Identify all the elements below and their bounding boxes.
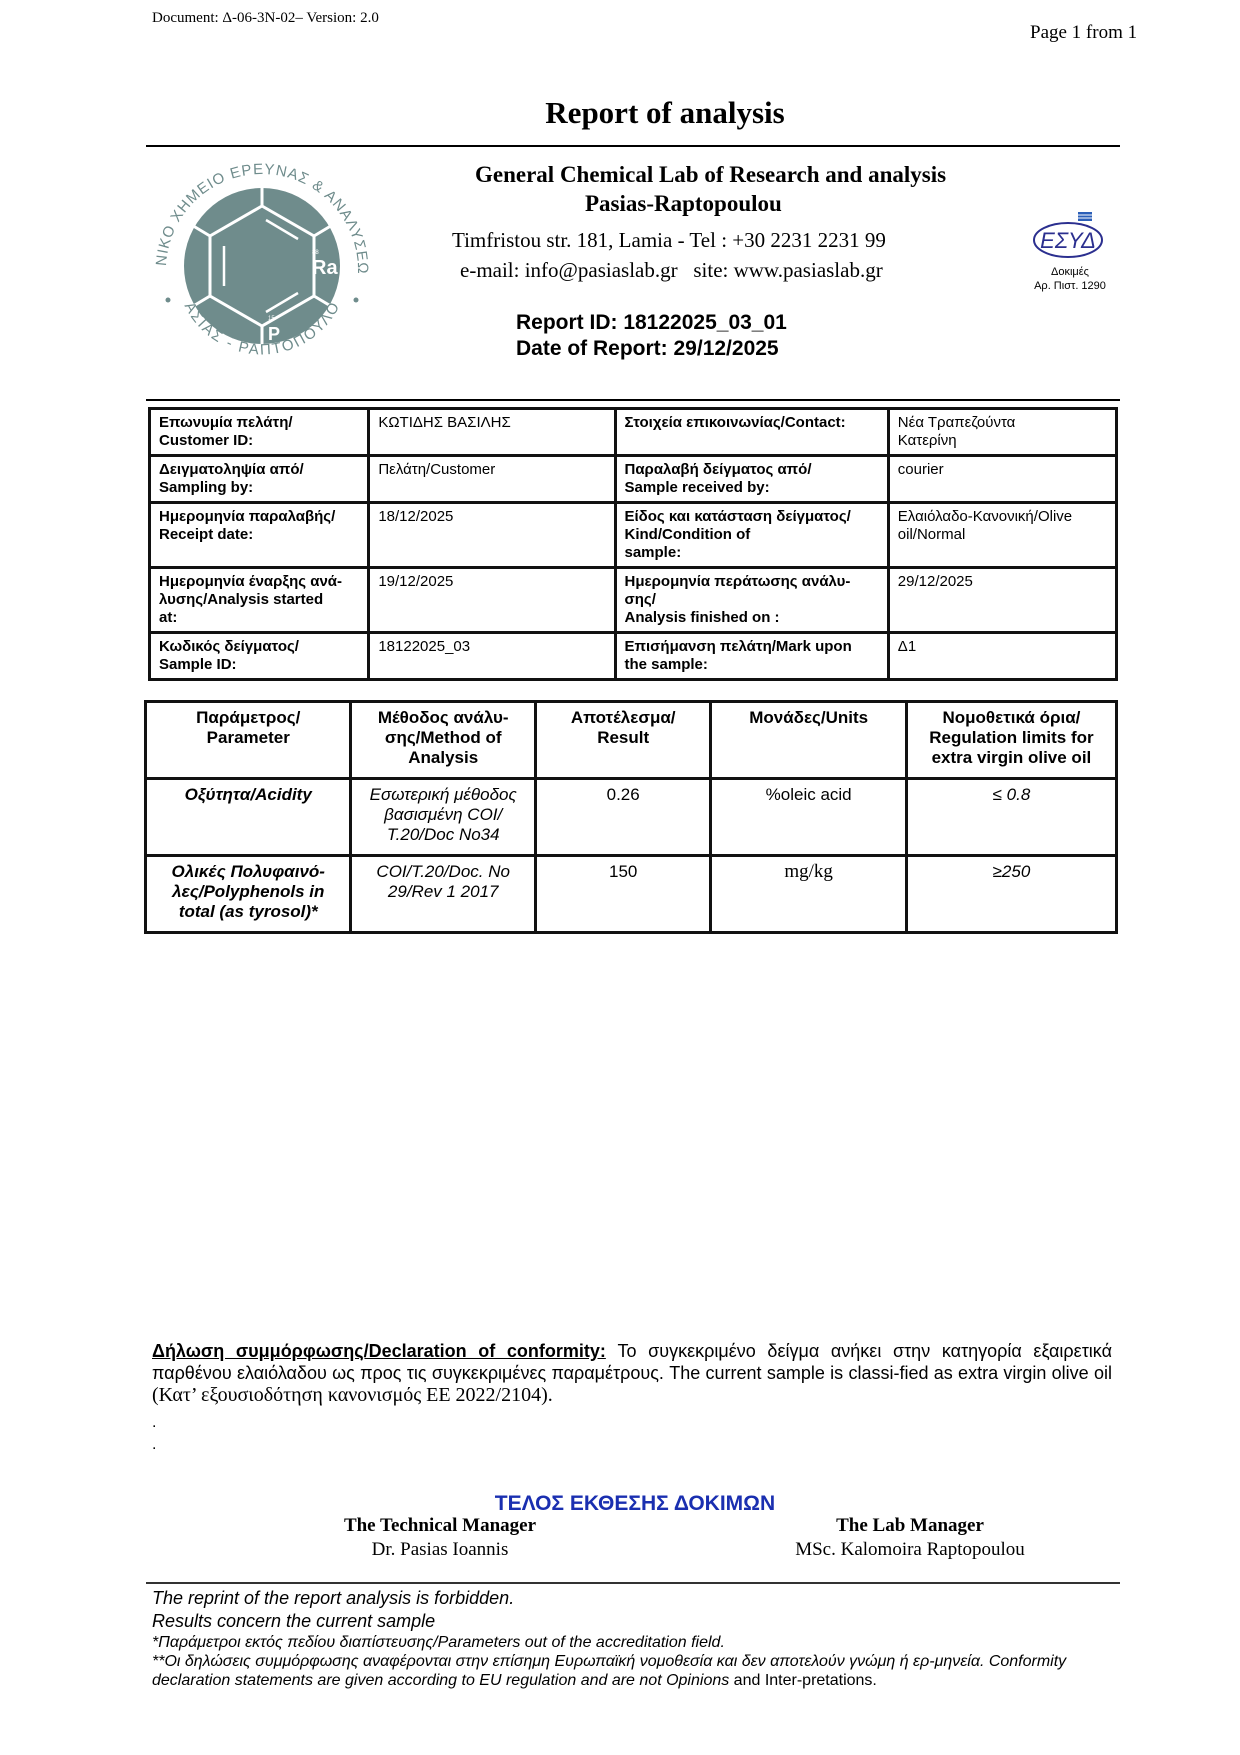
result-units: %oleic acid bbox=[711, 779, 906, 856]
info-row: Ημερομηνία παραλαβής/ Receipt date:18/12… bbox=[150, 503, 1117, 568]
results-column-header: Αποτέλεσμα/ Result bbox=[535, 702, 711, 779]
info-row: Επωνυμία πελάτη/ Customer ID:ΚΩΤΙΔΗΣ ΒΑΣ… bbox=[150, 409, 1117, 456]
document-reference: Document: Δ-06-3N-02– Version: 2.0 bbox=[152, 10, 379, 27]
lab-manager-role: The Lab Manager bbox=[740, 1514, 1080, 1538]
report-title: Report of analysis bbox=[0, 95, 1240, 131]
footer-accreditation-note: *Παράμετροι εκτός πεδίου διαπίστευσης/Pa… bbox=[152, 1633, 1112, 1652]
info-label: Στοιχεία επικοινωνίας/Contact: bbox=[615, 409, 888, 456]
info-label: Ημερομηνία έναρξης ανά- λυσης/Analysis s… bbox=[150, 568, 369, 633]
results-table: Παράμετρος/ ParameterΜέθοδος ανάλυ- σης/… bbox=[144, 700, 1118, 934]
benzene-logo-icon: Ra 88 P 15 ΓΕΝΙΚΟ ΧΗΜΕΙΟ ΕΡΕΥΝΑΣ & ΑΝΑΛΥ… bbox=[146, 150, 378, 382]
info-divider bbox=[146, 399, 1120, 401]
sample-info-table: Επωνυμία πελάτη/ Customer ID:ΚΩΤΙΔΗΣ ΒΑΣ… bbox=[148, 407, 1118, 681]
lab-manager-name: MSc. Kalomoira Raptopoulou bbox=[740, 1538, 1080, 1562]
page-number: Page 1 from 1 bbox=[1030, 22, 1137, 44]
technical-manager-role: The Technical Manager bbox=[280, 1514, 600, 1538]
result-parameter: Οξύτητα/Acidity bbox=[146, 779, 351, 856]
info-value: 18122025_03 bbox=[369, 633, 615, 680]
result-value: 0.26 bbox=[535, 779, 711, 856]
accreditation-badge: ΕΣΥΔ Δοκιμές Αρ. Πιστ. 1290 bbox=[1010, 210, 1130, 293]
svg-text:15: 15 bbox=[268, 316, 275, 322]
svg-text:Ra: Ra bbox=[312, 257, 338, 279]
results-column-header: Νομοθετικά όρια/ Regulation limits for e… bbox=[906, 702, 1116, 779]
header-divider bbox=[146, 145, 1120, 147]
info-value: courier bbox=[888, 456, 1116, 503]
info-value: 18/12/2025 bbox=[369, 503, 615, 568]
result-limit: ≤ 0.8 bbox=[906, 779, 1116, 856]
results-row: Οξύτητα/AcidityΕσωτερική μέθοδος βασισμέ… bbox=[146, 779, 1117, 856]
technical-manager-signature: The Technical Manager Dr. Pasias Ioannis bbox=[280, 1514, 600, 1562]
result-parameter: Ολικές Πολυφαινό- λες/Polyphenols in tot… bbox=[146, 856, 351, 933]
svg-text:88: 88 bbox=[312, 250, 319, 256]
result-value: 150 bbox=[535, 856, 711, 933]
info-label: Ημερομηνία παραλαβής/ Receipt date: bbox=[150, 503, 369, 568]
lab-manager-signature: The Lab Manager MSc. Kalomoira Raptopoul… bbox=[740, 1514, 1080, 1562]
info-value: Ελαιόλαδο-Κανονική/Olive oil/Normal bbox=[888, 503, 1116, 568]
results-column-header: Παράμετρος/ Parameter bbox=[146, 702, 351, 779]
info-label: Δειγματοληψία από/ Sampling by: bbox=[150, 456, 369, 503]
esyd-logo-icon: ΕΣΥΔ bbox=[1030, 210, 1110, 260]
footer-notes: The reprint of the report analysis is fo… bbox=[152, 1587, 1112, 1690]
results-row: Ολικές Πολυφαινό- λες/Polyphenols in tot… bbox=[146, 856, 1117, 933]
spacer-dot: . bbox=[152, 1436, 156, 1454]
result-method: COI/T.20/Doc. No 29/Rev 1 2017 bbox=[351, 856, 535, 933]
declaration-regulation: (Κατ’ εξουσιοδότηση κανονισμός ΕΕ 2022/2… bbox=[152, 1384, 553, 1406]
lab-logo: Ra 88 P 15 ΓΕΝΙΚΟ ΧΗΜΕΙΟ ΕΡΕΥΝΑΣ & ΑΝΑΛΥ… bbox=[146, 150, 378, 382]
info-value: Πελάτη/Customer bbox=[369, 456, 615, 503]
info-label: Επωνυμία πελάτη/ Customer ID: bbox=[150, 409, 369, 456]
info-value: Δ1 bbox=[888, 633, 1116, 680]
result-limit: ≥250 bbox=[906, 856, 1116, 933]
end-of-report: ΤΕΛΟΣ ΕΚΘΕΣΗΣ ΔΟΚΙΜΩΝ bbox=[0, 1492, 1240, 1516]
results-column-header: Μονάδες/Units bbox=[711, 702, 906, 779]
result-units: mg/kg bbox=[711, 856, 906, 933]
footer-reprint-notice: The reprint of the report analysis is fo… bbox=[152, 1587, 1112, 1610]
declaration-heading: Δήλωση συμμόρφωσης/Declaration of confor… bbox=[152, 1341, 606, 1361]
info-value: 29/12/2025 bbox=[888, 568, 1116, 633]
report-meta: Report ID: 18122025_03_01 Date of Report… bbox=[516, 310, 787, 362]
report-date: Date of Report: 29/12/2025 bbox=[516, 336, 787, 362]
info-label: Παραλαβή δείγματος από/ Sample received … bbox=[615, 456, 888, 503]
lab-name-line1: General Chemical Lab of Research and ana… bbox=[440, 162, 1120, 188]
footer-conformity-note: **Οι δηλώσεις συμμόρφωσης αναφέρονται στ… bbox=[152, 1652, 1112, 1690]
info-row: Ημερομηνία έναρξης ανά- λυσης/Analysis s… bbox=[150, 568, 1117, 633]
info-label: Είδος και κατάσταση δείγματος/ Kind/Cond… bbox=[615, 503, 888, 568]
info-label: Ημερομηνία περάτωσης ανάλυ- σης/ Analysi… bbox=[615, 568, 888, 633]
report-id: Report ID: 18122025_03_01 bbox=[516, 310, 787, 336]
result-method: Εσωτερική μέθοδος βασισμένη COI/ T.20/Do… bbox=[351, 779, 535, 856]
lab-contact: e-mail: info@pasiaslab.gr site: www.pasi… bbox=[460, 258, 883, 283]
accreditation-label: Δοκιμές bbox=[1010, 265, 1130, 279]
footer-results-notice: Results concern the current sample bbox=[152, 1610, 1112, 1633]
info-value: 19/12/2025 bbox=[369, 568, 615, 633]
info-value: ΚΩΤΙΔΗΣ ΒΑΣΙΛΗΣ bbox=[369, 409, 615, 456]
results-column-header: Μέθοδος ανάλυ- σης/Method of Analysis bbox=[351, 702, 535, 779]
spacer-dot: . bbox=[152, 1414, 156, 1432]
lab-name: General Chemical Lab of Research and ana… bbox=[440, 162, 1120, 217]
footer-divider bbox=[146, 1582, 1120, 1584]
svg-text:ΕΣΥΔ: ΕΣΥΔ bbox=[1040, 228, 1096, 253]
info-label: Επισήμανση πελάτη/Mark upon the sample: bbox=[615, 633, 888, 680]
info-row: Κωδικός δείγματος/ Sample ID:18122025_03… bbox=[150, 633, 1117, 680]
lab-address: Timfristou str. 181, Lamia - Tel : +30 2… bbox=[452, 228, 886, 253]
technical-manager-name: Dr. Pasias Ioannis bbox=[280, 1538, 600, 1562]
info-label: Κωδικός δείγματος/ Sample ID: bbox=[150, 633, 369, 680]
declaration-of-conformity: Δήλωση συμμόρφωσης/Declaration of confor… bbox=[152, 1340, 1112, 1406]
accreditation-number: Αρ. Πιστ. 1290 bbox=[1010, 279, 1130, 293]
info-row: Δειγματοληψία από/ Sampling by:Πελάτη/Cu… bbox=[150, 456, 1117, 503]
info-value: Νέα Τραπεζούντα Κατερίνη bbox=[888, 409, 1116, 456]
